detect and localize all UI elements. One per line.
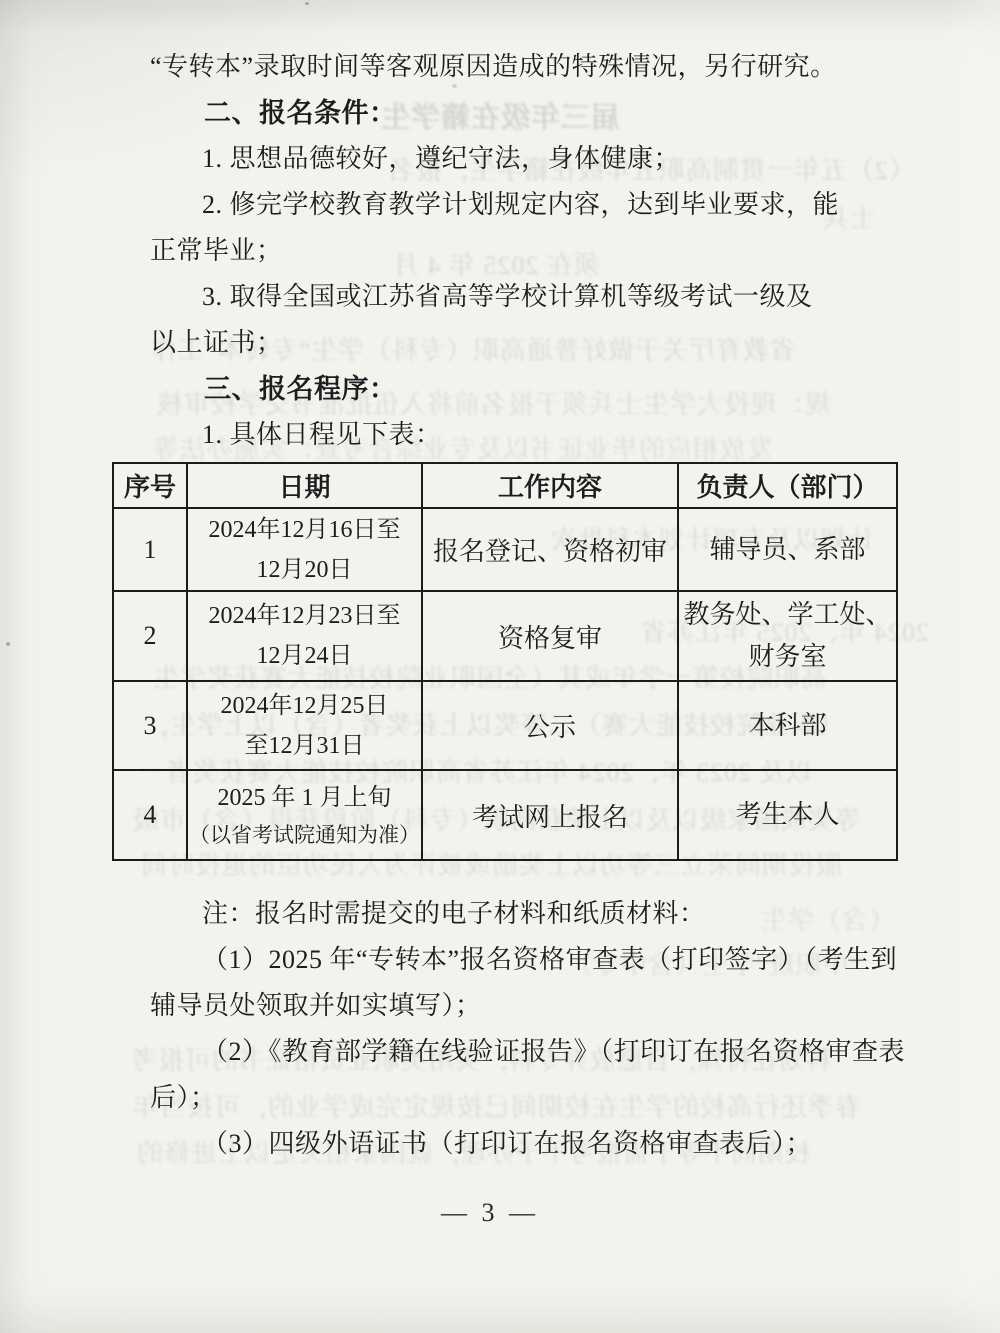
paragraph: 2. 修完学校教育教学计划规定内容，达到毕业要求，能 正常毕业； — [150, 182, 855, 274]
section-heading: 三、报名程序： — [150, 366, 855, 412]
owner-line: 辅导员、系部 — [679, 529, 896, 571]
note-line: 后）； — [150, 1075, 855, 1121]
paragraph-line: 3. 取得全国或江苏省高等学校计算机等级考试一级及 — [150, 274, 855, 320]
paragraph: （3）四级外语证书（打印订在报名资格审查表后）； — [150, 1121, 855, 1167]
paragraph-line: 1. 思想品德较好，遵纪守法，身体健康； — [150, 136, 855, 182]
paragraph: 1. 思想品德较好，遵纪守法，身体健康； — [150, 136, 855, 182]
section-heading: 二、报名条件： — [150, 90, 855, 136]
page-number: — 3 — — [0, 1198, 990, 1228]
paragraph-line: 正常毕业； — [150, 228, 855, 274]
section-heading-text: 二、报名条件： — [150, 90, 855, 136]
cell-owner: 教务处、学工处、 财务室 — [678, 591, 897, 681]
paragraph-line: 2. 修完学校教育教学计划规定内容，达到毕业要求，能 — [150, 182, 855, 228]
header-cell-owner: 负责人（部门） — [678, 463, 897, 508]
schedule-header-row: 序号 日期 工作内容 负责人（部门） — [113, 463, 897, 508]
note-line: （2）《教育部学籍在线验证报告》（打印订在报名资格审查表 — [150, 1029, 855, 1075]
document-content: “专转本”录取时间等客观原因造成的特殊情况，另行研究。 二、报名条件： 1. 思… — [0, 0, 1000, 1333]
date-line: 2024年12月16日至 — [188, 510, 421, 550]
table-row: 3 2024年12月25日 至12月31日 公示 本科部 — [113, 681, 897, 770]
table-row: 4 2025 年 1 月上旬 （以省考试院通知为准） 考试网上报名 考生本人 — [113, 770, 897, 860]
header-cell-date: 日期 — [187, 463, 422, 508]
cell-seq: 2 — [113, 591, 187, 681]
cell-seq: 4 — [113, 770, 187, 860]
owner-line: 财务室 — [679, 636, 896, 678]
cell-owner: 本科部 — [678, 681, 897, 770]
header-cell-seq: 序号 — [113, 463, 187, 508]
owner-line: 考生本人 — [679, 794, 896, 836]
note-line: 注：报名时需提交的电子材料和纸质材料： — [150, 891, 855, 937]
cell-work: 公示 — [422, 681, 678, 770]
cell-seq: 1 — [113, 508, 187, 591]
paragraph: “专转本”录取时间等客观原因造成的特殊情况，另行研究。 — [150, 44, 855, 90]
paragraph-line: 以上证书； — [150, 320, 855, 366]
paragraph: （2）《教育部学籍在线验证报告》（打印订在报名资格审查表 后）； — [150, 1029, 855, 1121]
section-heading-text: 三、报名程序： — [150, 366, 855, 412]
cell-work: 考试网上报名 — [422, 770, 678, 860]
paragraph-line: 1. 具体日程见下表： — [150, 412, 855, 458]
cell-work: 资格复审 — [422, 591, 678, 681]
cell-date: 2025 年 1 月上旬 （以省考试院通知为准） — [187, 770, 422, 860]
date-line: 2024年12月23日至 — [188, 596, 421, 636]
date-line: 12月20日 — [188, 550, 421, 590]
note-line: 辅导员处领取并如实填写）； — [150, 983, 855, 1029]
paragraph-line: “专转本”录取时间等客观原因造成的特殊情况，另行研究。 — [150, 44, 855, 90]
paragraph: 3. 取得全国或江苏省高等学校计算机等级考试一级及 以上证书； — [150, 274, 855, 366]
scanned-document-page: 届三年级在籍学生 （2）五年一贯制高职五年级在籍学生，报名 士兵 须在 2025… — [0, 0, 1000, 1333]
note-line: （3）四级外语证书（打印订在报名资格审查表后）； — [150, 1121, 855, 1167]
header-cell-work: 工作内容 — [422, 463, 678, 508]
date-line: 2025 年 1 月上旬 — [188, 778, 421, 818]
date-line: 2024年12月25日 — [188, 686, 421, 726]
owner-line: 教务处、学工处、 — [679, 594, 896, 636]
table-row: 1 2024年12月16日至 12月20日 报名登记、资格初审 辅导员、系部 — [113, 508, 897, 591]
cell-owner: 考生本人 — [678, 770, 897, 860]
date-line-note: （以省考试院通知为准） — [188, 818, 421, 852]
cell-date: 2024年12月25日 至12月31日 — [187, 681, 422, 770]
cell-work: 报名登记、资格初审 — [422, 508, 678, 591]
date-line: 12月24日 — [188, 636, 421, 676]
schedule-table: 序号 日期 工作内容 负责人（部门） 1 2024年12月16日至 12月20日… — [112, 462, 898, 861]
cell-date: 2024年12月16日至 12月20日 — [187, 508, 422, 591]
paragraph: （1）2025 年“专转本”报名资格审查表（打印签字）（考生到 辅导员处领取并如… — [150, 937, 855, 1029]
cell-date: 2024年12月23日至 12月24日 — [187, 591, 422, 681]
table-row: 2 2024年12月23日至 12月24日 资格复审 教务处、学工处、 财务室 — [113, 591, 897, 681]
date-line: 至12月31日 — [188, 726, 421, 766]
note-line: （1）2025 年“专转本”报名资格审查表（打印签字）（考生到 — [150, 937, 855, 983]
cell-owner: 辅导员、系部 — [678, 508, 897, 591]
notes-section: 注：报名时需提交的电子材料和纸质材料： （1）2025 年“专转本”报名资格审查… — [150, 891, 855, 1167]
cell-seq: 3 — [113, 681, 187, 770]
paragraph: 注：报名时需提交的电子材料和纸质材料： — [150, 891, 855, 937]
paragraph: 1. 具体日程见下表： — [150, 412, 855, 458]
owner-line: 本科部 — [679, 705, 896, 747]
